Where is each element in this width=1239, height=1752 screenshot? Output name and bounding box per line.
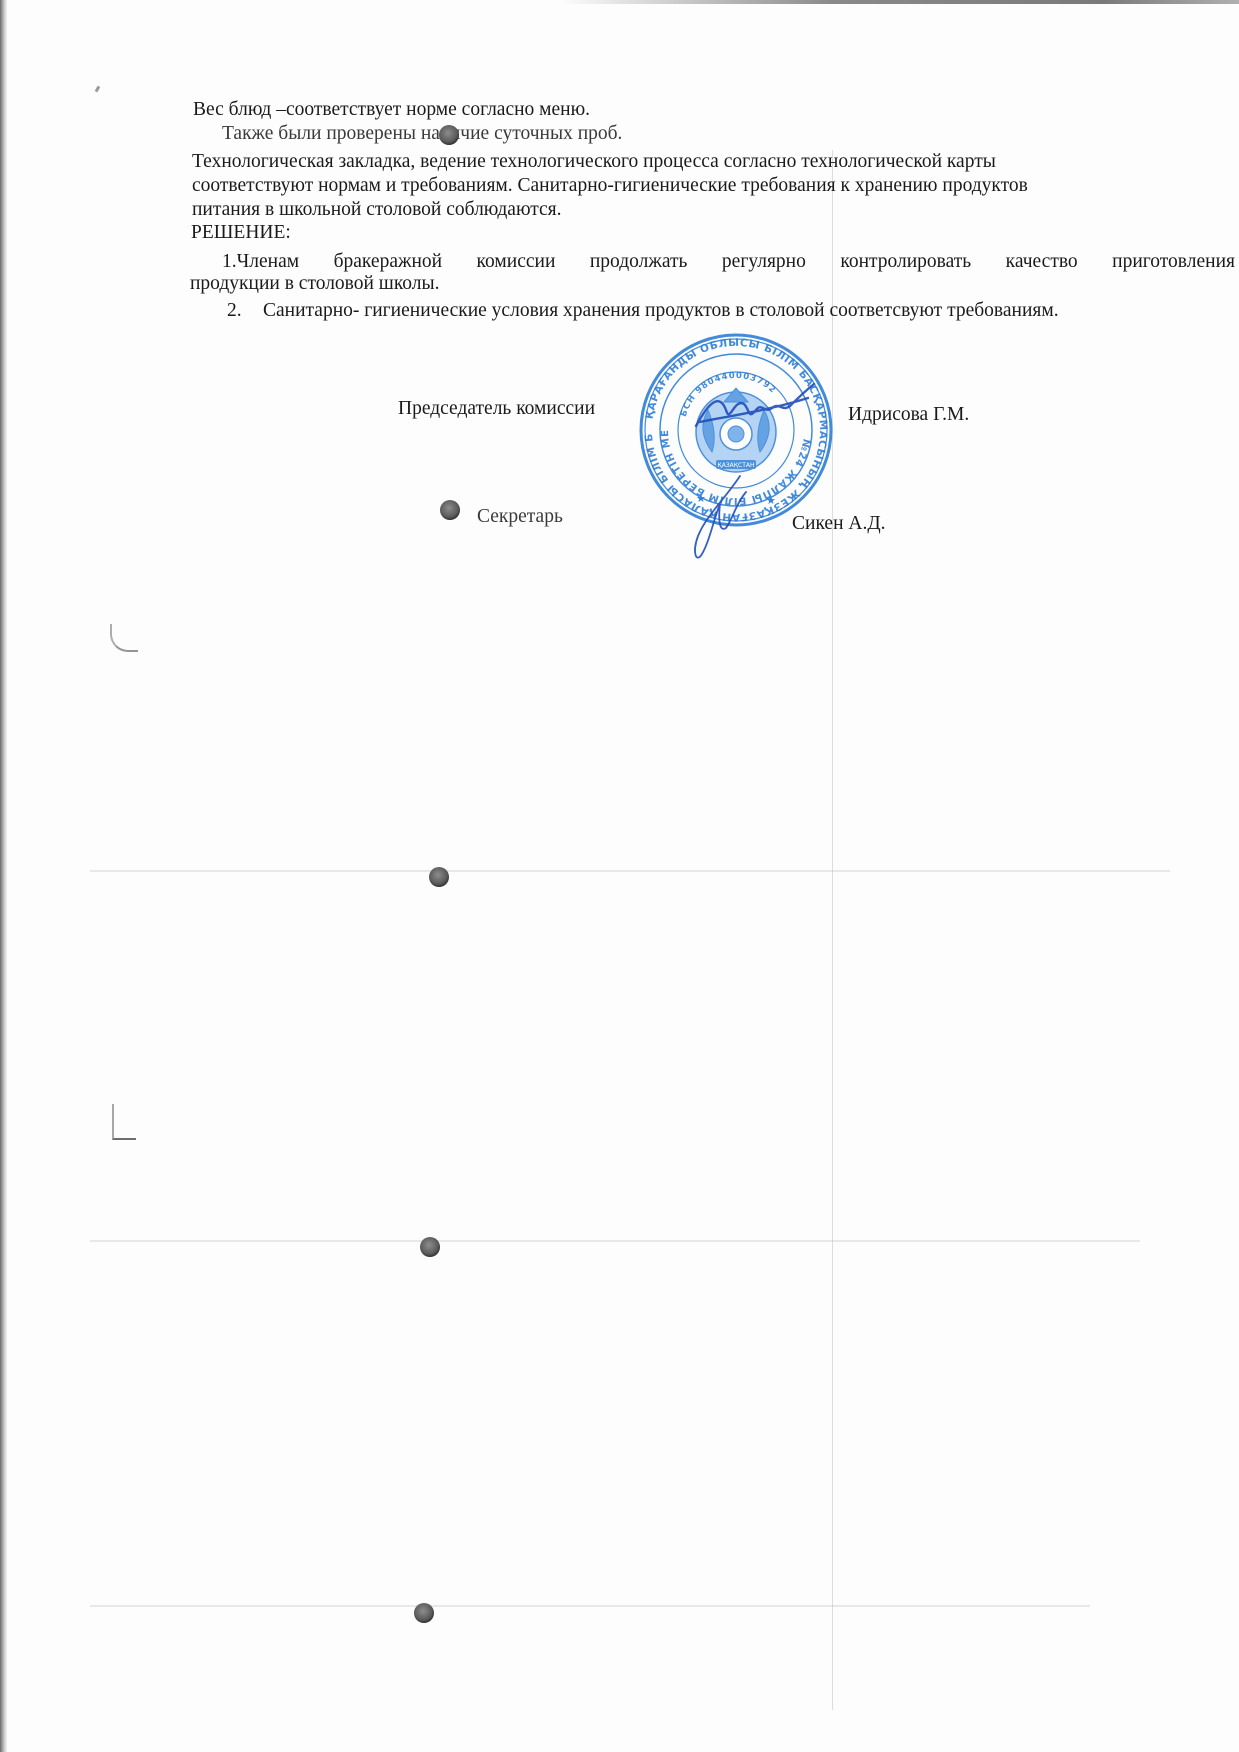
scan-artifact (90, 870, 1170, 872)
signature-role-secretary: Секретарь (477, 506, 563, 528)
svg-text:★: ★ (766, 495, 776, 507)
signature-name-secretary: Сикен А.Д. (792, 513, 886, 535)
pencil-mark-icon (112, 1104, 136, 1140)
signature-name-chairman: Идрисова Г.М. (848, 404, 969, 426)
staple-hole-icon (429, 867, 449, 887)
paragraph-tech-line-1: Технологическая закладка, ведение технол… (192, 151, 996, 173)
staple-hole-icon (414, 1603, 434, 1623)
staple-hole-icon (420, 1237, 440, 1257)
document-page: Вес блюд –соответствует норме согласно м… (0, 0, 1239, 1752)
decision-item-2-text: Санитарно- гигиенические условия хранени… (263, 300, 1059, 322)
scan-artifact (90, 1605, 1090, 1607)
decision-heading: РЕШЕНИЕ: (191, 222, 291, 244)
secretary-signature-icon (680, 470, 760, 566)
svg-text:ҚАЗАҚСТАН: ҚАЗАҚСТАН (717, 462, 754, 469)
paragraph-tech-line-3: питания в школьной столовой соблюдаются. (192, 199, 562, 221)
decision-item-2-number: 2. (227, 300, 242, 322)
paragraph-weight: Вес блюд –соответствует норме согласно м… (193, 99, 590, 121)
scan-speck (95, 86, 101, 93)
chairman-signature-icon (690, 380, 820, 440)
staple-hole-icon (440, 500, 460, 520)
staple-hole-icon (439, 125, 459, 145)
scan-edge-left (0, 0, 7, 1752)
decision-item-1-line-1: 1.Членам бракеражной комиссии продолжать… (222, 251, 1235, 273)
scan-edge-top (560, 0, 1239, 4)
paragraph-tech-line-2: соответствуют нормам и требованиям. Сани… (192, 175, 1028, 197)
scan-artifact (90, 1240, 1140, 1242)
signature-role-chairman: Председатель комиссии (398, 398, 595, 420)
paragraph-samples: Также были проверены наличие суточных пр… (222, 123, 622, 145)
pencil-mark-icon (110, 624, 138, 652)
decision-item-1-line-2: продукции в столовой школы. (190, 273, 440, 295)
